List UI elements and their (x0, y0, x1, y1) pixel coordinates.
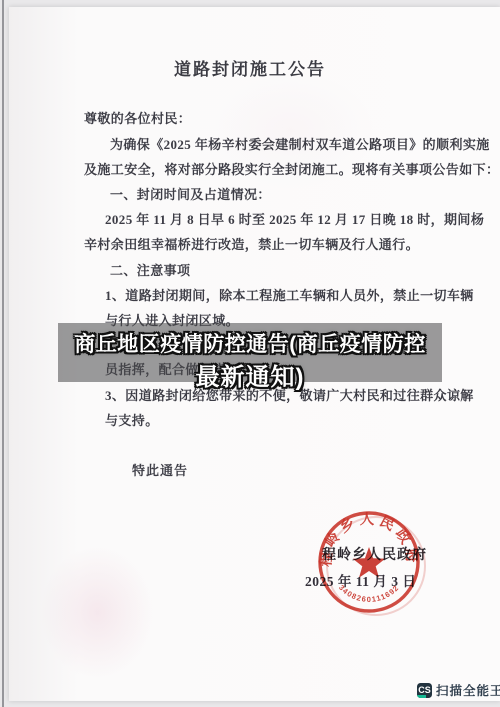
closing-line: 特此通告 (132, 460, 188, 479)
seal-serial: 3408260111692 (337, 583, 401, 604)
official-seal: 程岭乡人民政府 3408260111692 (300, 495, 438, 633)
seal-star (353, 547, 385, 578)
document-title: 道路封闭施工公告 (0, 55, 500, 80)
camscanner-icon: CS (417, 683, 432, 698)
body-line: 1、道路封闭期间，除本工程施工车辆和人员外，禁止一切车辆 (105, 285, 474, 304)
section-heading-1: 一、封闭时间及占道情况： (110, 184, 271, 203)
body-line: 为确保《2025 年杨辛村委会建制村双车道公路项目》的顺利实施 (110, 134, 490, 153)
overlay-title-line2: 最新通知) (0, 357, 500, 392)
seal-bleed-smudge (40, 545, 155, 680)
scanned-photo-background: 道路封闭施工公告 尊敬的各位村民： 为确保《2025 年杨辛村委会建制村双车道公… (0, 0, 500, 707)
body-line: 与支持。 (105, 410, 159, 429)
body-line: 辛村余田组幸福桥进行改造，禁止一切车辆及行人通行。 (84, 234, 419, 253)
overlay-title-line1: 商丘地区疫情防控通告(商丘疫情防控 (0, 328, 500, 358)
camscanner-watermark: CS 扫描全能王 (417, 681, 500, 699)
camscanner-label: 扫描全能王 (436, 681, 500, 699)
section-heading-2: 二、注意事项 (110, 260, 190, 279)
body-line: 及施工安全，将对部分路段实行全封闭施工。现将有关事项公告如下： (84, 159, 499, 178)
body-line: 2025 年 11 月 8 日早 6 时至 2025 年 12 月 17 日晚 … (105, 209, 484, 228)
salutation-line: 尊敬的各位村民： (84, 108, 191, 127)
